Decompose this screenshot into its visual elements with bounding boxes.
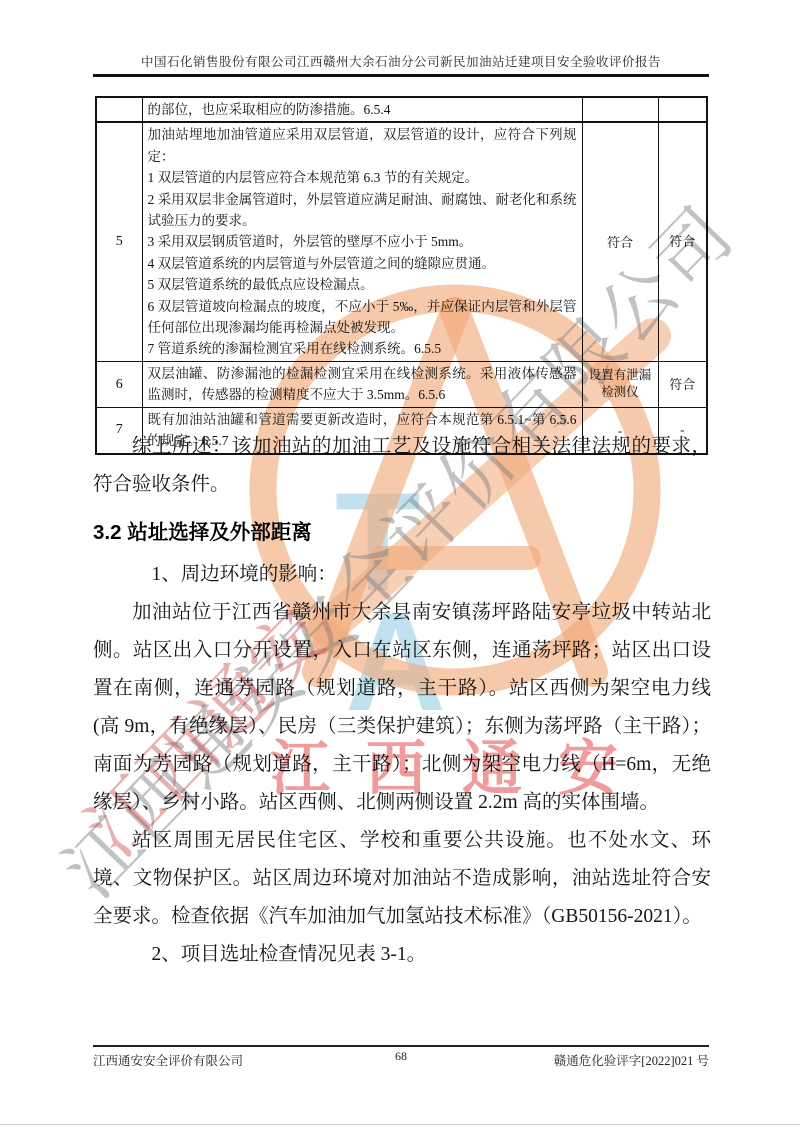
row-result-cell: 符合 <box>658 361 707 407</box>
row-number-cell: 5 <box>96 122 142 361</box>
row-result-cell: 符合 <box>658 122 707 361</box>
body-text: 综上所述：该加油站的加油工艺及设施符合相关法律法规的要求，符合验收条件。 3.2… <box>93 428 711 974</box>
header-divider <box>93 74 709 77</box>
row-content-cell: 加油站埋地加油管道应采用双层管道，双层管道的设计，应符合下列规定： 1 双层管道… <box>142 122 582 361</box>
location-paragraph: 加油站位于江西省赣州市大余县南安镇荡坪路陆安亭垃圾中转站北侧。站区出入口分开设置… <box>93 594 711 822</box>
table-row: 5 加油站埋地加油管道应采用双层管道，双层管道的设计，应符合下列规定： 1 双层… <box>96 122 707 361</box>
row-number-cell <box>96 97 142 122</box>
page-header-title: 中国石化销售股份有限公司江西赣州大余石油分公司新民加油站迁建项目安全验收评价报告 <box>93 52 709 70</box>
table-row: 6 双层油罐、防渗漏池的检漏检测宜采用在线检测系统。采用液体传感器监测时，传感器… <box>96 361 707 407</box>
page-bottom-edge <box>0 1124 800 1125</box>
page-footer: 江西通安安全评价有限公司 68 赣通危化验评字[2022]021 号 <box>93 1051 709 1069</box>
footer-divider <box>93 1045 709 1047</box>
row-content-cell: 双层油罐、防渗漏池的检漏检测宜采用在线检测系统。采用液体传感器监测时，传感器的检… <box>142 361 582 407</box>
report-page: 中国石化销售股份有限公司江西赣州大余石油分公司新民加油站迁建项目安全验收评价报告… <box>0 0 800 1131</box>
row-check-cell <box>582 97 658 122</box>
list-item-2: 2、项目选址检查情况见表 3-1。 <box>93 936 711 974</box>
compliance-table: 的部位，也应采取相应的防渗措施。6.5.4 5 加油站埋地加油管道应采用双层管道… <box>95 96 708 455</box>
list-item-1: 1、周边环境的影响： <box>93 556 711 594</box>
page-number: 68 <box>93 1049 709 1064</box>
table-row: 的部位，也应采取相应的防渗措施。6.5.4 <box>96 97 707 122</box>
row-content-cell: 的部位，也应采取相应的防渗措施。6.5.4 <box>142 97 582 122</box>
row-check-cell: 符合 <box>582 122 658 361</box>
row-result-cell <box>658 97 707 122</box>
row-number-cell: 6 <box>96 361 142 407</box>
summary-paragraph: 综上所述：该加油站的加油工艺及设施符合相关法律法规的要求，符合验收条件。 <box>93 428 711 504</box>
row-check-cell: 设置有泄漏检测仪 <box>582 361 658 407</box>
surroundings-paragraph: 站区周围无居民住宅区、学校和重要公共设施。也不处水文、环境、文物保护区。站区周边… <box>93 822 711 936</box>
section-heading: 3.2 站址选择及外部距离 <box>93 518 711 548</box>
